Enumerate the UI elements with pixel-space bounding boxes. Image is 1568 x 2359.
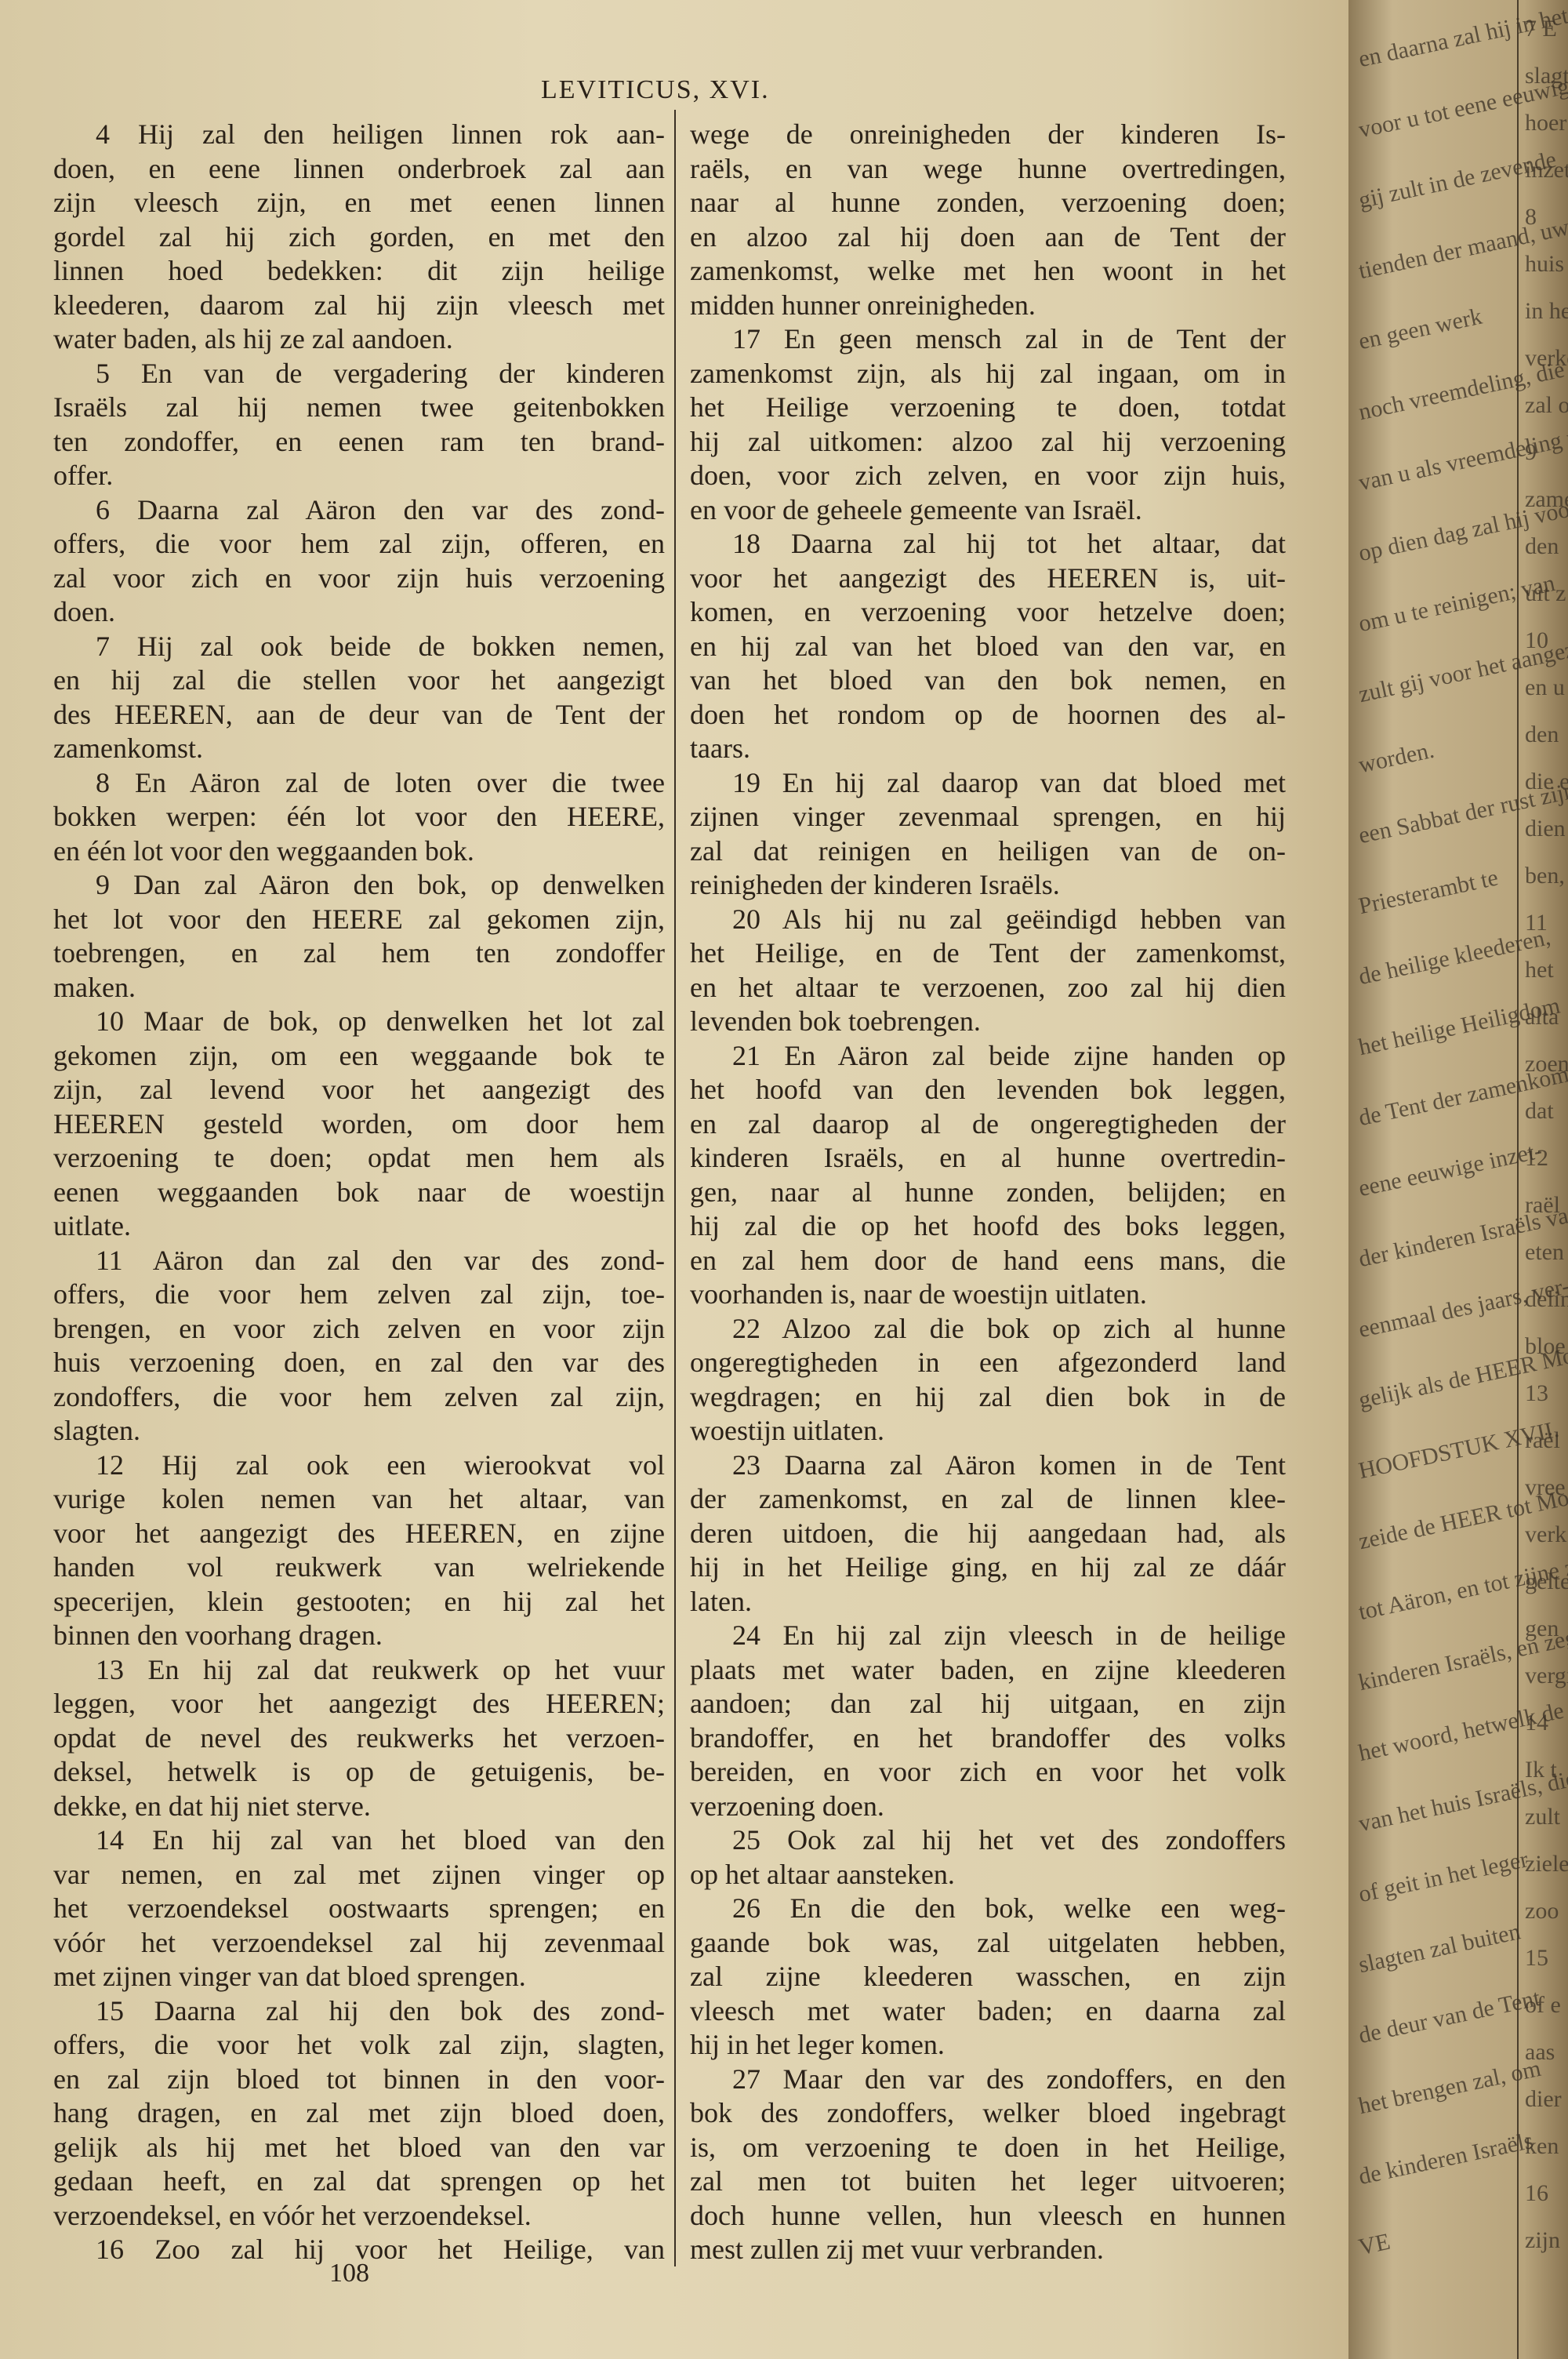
curled-next-page: en daarna zal hij in hetvoor u tot eene … bbox=[1348, 0, 1568, 2359]
text-line: offer. bbox=[53, 459, 665, 493]
text-line: het hoofd van den levenden bok leggen, bbox=[690, 1073, 1286, 1107]
text-line: het verzoendeksel oostwaarts sprengen; e… bbox=[53, 1892, 665, 1926]
next-page-column-fragment: dier bbox=[1525, 2086, 1562, 2113]
next-page-column-fragment: 11 bbox=[1525, 910, 1548, 936]
text-line: 22 Alzoo zal die bok op zich al hunne bbox=[690, 1312, 1286, 1347]
text-line: doch hunne vellen, hun vleesch en hunnen bbox=[690, 2199, 1286, 2234]
next-page-text-fragment: worden. bbox=[1356, 737, 1436, 780]
text-line: zondoffers, die voor hem zelven zal zijn… bbox=[53, 1380, 665, 1415]
next-page-column-fragment: dien bbox=[1525, 816, 1566, 842]
next-page-column-fragment: zal o bbox=[1525, 392, 1568, 419]
text-line: aandoen; dan zal hij uitgaan, en zijn bbox=[690, 1687, 1286, 1721]
running-header: LEVITICUS, XVI. bbox=[541, 75, 770, 105]
next-page-column-fragment: zoo bbox=[1525, 1898, 1559, 1925]
next-page-column-fragment: of e bbox=[1525, 1992, 1561, 2019]
next-page-text-fragment: de kinderen Israëls bbox=[1356, 2128, 1536, 2190]
next-page-text-fragment: Priesterambt te bbox=[1356, 864, 1501, 920]
next-page-column-fragment: het bbox=[1525, 957, 1554, 983]
next-page-column-fragment: 7 E bbox=[1525, 16, 1557, 42]
text-line: 14 En hij zal van het bloed van den bbox=[53, 1823, 665, 1858]
next-page-column-fragment: aas bbox=[1525, 2039, 1555, 2066]
text-line: en hij zal van het bloed van den var, en bbox=[690, 630, 1286, 664]
next-page-column-fragment: den bbox=[1525, 722, 1559, 748]
text-column-right: wege de onreinigheden der kinderen Is-ra… bbox=[690, 118, 1286, 2267]
text-line: wege de onreinigheden der kinderen Is- bbox=[690, 118, 1286, 152]
next-page-column-fragment: inzett bbox=[1525, 157, 1568, 184]
text-line: eenen weggaanden bok naar de woestijn bbox=[53, 1176, 665, 1210]
text-line: 23 Daarna zal Aäron komen in de Tent bbox=[690, 1448, 1286, 1483]
text-line: linnen hoed bedekken: dit zijn heilige bbox=[53, 254, 665, 289]
text-line: gelijk als hij met het bloed van den var bbox=[53, 2131, 665, 2165]
next-page-column-fragment: gelte bbox=[1525, 1568, 1568, 1595]
text-line: 24 En hij zal zijn vleesch in de heilige bbox=[690, 1619, 1286, 1653]
text-line: 6 Daarna zal Aäron den var des zond- bbox=[53, 493, 665, 528]
next-page-column-fragment: 8 bbox=[1525, 204, 1537, 231]
text-line: dekke, en dat hij niet sterve. bbox=[53, 1790, 665, 1824]
next-page-column-fragment: zijn bbox=[1525, 2227, 1560, 2254]
text-line: gedaan heeft, en zal dat sprengen op het bbox=[53, 2165, 665, 2199]
text-line: 5 En van de vergadering der kinderen bbox=[53, 357, 665, 391]
next-page-column-fragment: verk bbox=[1525, 1521, 1566, 1548]
text-line: 26 En die den bok, welke een weg- bbox=[690, 1892, 1286, 1926]
column-divider bbox=[674, 110, 676, 2266]
next-page-column-fragment: 15 bbox=[1525, 1945, 1548, 1972]
text-line: zamenkomst. bbox=[53, 732, 665, 766]
text-line: en één lot voor den weggaanden bok. bbox=[53, 834, 665, 869]
next-page-column-fragment: raël bbox=[1525, 1427, 1560, 1454]
text-line: verzoendeksel, en vóór het verzoendeksel… bbox=[53, 2199, 665, 2234]
next-page-column-fragment: slagto bbox=[1525, 63, 1568, 89]
text-line: leggen, voor het aangezigt des HEEREN; bbox=[53, 1687, 665, 1721]
text-line: 27 Maar den var des zondoffers, en den bbox=[690, 2063, 1286, 2097]
next-page-column-fragment: bloe bbox=[1525, 1333, 1566, 1360]
text-line: reinigheden der kinderen Israëls. bbox=[690, 868, 1286, 903]
text-line: 8 En Aäron zal de loten over die twee bbox=[53, 766, 665, 801]
text-line: zal men tot buiten het leger uitvoeren; bbox=[690, 2165, 1286, 2199]
next-page-text-fragment: VE bbox=[1356, 2229, 1392, 2262]
text-line: taars. bbox=[690, 732, 1286, 766]
text-line: der zamenkomst, en zal de linnen klee- bbox=[690, 1482, 1286, 1517]
next-page-column-fragment: vree bbox=[1525, 1474, 1566, 1501]
next-page-column-fragment: delin bbox=[1525, 1286, 1568, 1313]
text-line: 21 En Aäron zal beide zijne handen op bbox=[690, 1039, 1286, 1074]
next-page-text-fragment: de deur van de Tent bbox=[1356, 1985, 1543, 2049]
text-line: offers, die voor hem zelven zal zijn, to… bbox=[53, 1278, 665, 1312]
next-page-column-fragment: huis bbox=[1525, 251, 1564, 278]
text-line: 18 Daarna zal hij tot het altaar, dat bbox=[690, 527, 1286, 562]
text-line: offers, die voor het volk zal zijn, slag… bbox=[53, 2028, 665, 2063]
next-page-column-fragment: raël bbox=[1525, 1192, 1560, 1219]
next-page-column-fragment: 14 bbox=[1525, 1710, 1548, 1736]
next-page-column-fragment: eten bbox=[1525, 1239, 1564, 1266]
text-line: hij zal die op het hoofd des boks leggen… bbox=[690, 1209, 1286, 1244]
text-line: 25 Ook zal hij het vet des zondoffers bbox=[690, 1823, 1286, 1858]
next-page-column-fragment: zame bbox=[1525, 486, 1568, 513]
text-line: vóór het verzoendeksel zal hij zevenmaal bbox=[53, 1926, 665, 1961]
next-page-column-fragment: die e bbox=[1525, 769, 1568, 795]
text-line: bok des zondoffers, welker bloed ingebra… bbox=[690, 2096, 1286, 2131]
text-line: op het altaar aansteken. bbox=[690, 1858, 1286, 1892]
text-line: opdat de nevel des reukwerks het verzoen… bbox=[53, 1721, 665, 1756]
next-page-column-fragment: ben, bbox=[1525, 863, 1565, 889]
text-line: levenden bok toebrengen. bbox=[690, 1005, 1286, 1039]
text-line: naar al hunne zonden, verzoening doen; bbox=[690, 186, 1286, 220]
text-line: 17 En geen mensch zal in de Tent der bbox=[690, 322, 1286, 357]
next-page-text-fragment: en geen werk bbox=[1356, 304, 1484, 356]
text-line: zijnen vinger zevenmaal sprengen, en hij bbox=[690, 800, 1286, 834]
text-line: zal voor zich en voor zijn huis verzoeni… bbox=[53, 562, 665, 596]
text-line: zijn, zal levend voor het aangezigt des bbox=[53, 1073, 665, 1107]
text-line: 11 Aäron dan zal den var des zond- bbox=[53, 1244, 665, 1278]
text-line: en zal zijn bloed tot binnen in den voor… bbox=[53, 2063, 665, 2097]
text-line: en het altaar te verzoenen, zoo zal hij … bbox=[690, 971, 1286, 1005]
text-line: kinderen Israëls, en al hunne overtredin… bbox=[690, 1141, 1286, 1176]
text-line: 7 Hij zal ook beide de bokken nemen, bbox=[53, 630, 665, 664]
next-page-column-fragment: zult bbox=[1525, 1804, 1560, 1830]
text-line: deren uitdoen, die hij aangedaan had, al… bbox=[690, 1517, 1286, 1551]
text-line: en hij zal die stellen voor het aangezig… bbox=[53, 663, 665, 698]
text-line: en zal daarop al de ongeregtigheden der bbox=[690, 1107, 1286, 1142]
text-line: gaande bok was, zal uitgelaten hebben, bbox=[690, 1926, 1286, 1961]
book-page-left: LEVITICUS, XVI. 4 Hij zal den heiligen l… bbox=[0, 0, 1348, 2359]
text-line: huis verzoening doen, en zal den var des bbox=[53, 1346, 665, 1380]
next-page-column-fragment: 10 bbox=[1525, 627, 1548, 654]
text-line: 12 Hij zal ook een wierookvat vol bbox=[53, 1448, 665, 1483]
text-line: Israëls zal hij nemen twee geitenbokken bbox=[53, 391, 665, 425]
text-line: 20 Als hij nu zal geëindigd hebben van bbox=[690, 903, 1286, 937]
text-line: voor het aangezigt des HEEREN, en zijne bbox=[53, 1517, 665, 1551]
next-page-column-fragment: ziele bbox=[1525, 1851, 1568, 1877]
text-line: 15 Daarna zal hij den bok des zond- bbox=[53, 1994, 665, 2029]
text-line: het lot voor den HEERE zal gekomen zijn, bbox=[53, 903, 665, 937]
next-page-column-fragment: 13 bbox=[1525, 1380, 1548, 1407]
text-line: brandoffer, en het brandoffer des volks bbox=[690, 1721, 1286, 1756]
next-page-column-fragment: hoer bbox=[1525, 110, 1566, 136]
next-page-column-fragment: Ik t bbox=[1525, 1757, 1557, 1783]
text-line: wegdragen; en hij zal dien bok in de bbox=[690, 1380, 1286, 1415]
text-line: slagten. bbox=[53, 1414, 665, 1448]
text-line: mest zullen zij met vuur verbranden. bbox=[690, 2233, 1286, 2267]
text-line: doen, voor zich zelven, en voor zijn hui… bbox=[690, 459, 1286, 493]
text-line: hij in het Heilige ging, en hij zal ze d… bbox=[690, 1550, 1286, 1585]
text-line: hij in het leger komen. bbox=[690, 2028, 1286, 2063]
text-line: en alzoo zal hij doen aan de Tent der bbox=[690, 220, 1286, 255]
text-line: en voor de geheele gemeente van Israël. bbox=[690, 493, 1286, 528]
text-line: hang dragen, en zal met zijn bloed doen, bbox=[53, 2096, 665, 2131]
next-page-column-fragment: ken bbox=[1525, 2133, 1559, 2160]
text-line: hij zal uitkomen: alzoo zal hij verzoeni… bbox=[690, 425, 1286, 460]
text-line: gekomen zijn, om een weggaande bok te bbox=[53, 1039, 665, 1074]
text-line: woestijn uitlaten. bbox=[690, 1414, 1286, 1448]
next-page-column-fragment: alta bbox=[1525, 1004, 1559, 1030]
next-page-column-fragment: dat bbox=[1525, 1098, 1554, 1125]
text-line: 13 En hij zal dat reukwerk op het vuur bbox=[53, 1653, 665, 1688]
next-page-column-fragment: 9 bbox=[1525, 439, 1537, 466]
text-line: verzoening te doen; opdat men hem als bbox=[53, 1141, 665, 1176]
text-line: vurige kolen nemen van het altaar, van bbox=[53, 1482, 665, 1517]
text-line: komen, en verzoening voor hetzelve doen; bbox=[690, 595, 1286, 630]
text-line: zijn vleesch zijn, en met eenen linnen bbox=[53, 186, 665, 220]
text-line: voorhanden is, naar de woestijn uitlaten… bbox=[690, 1278, 1286, 1312]
text-column-left: 4 Hij zal den heiligen linnen rok aan-do… bbox=[53, 118, 665, 2267]
next-page-column-fragment: zoen bbox=[1525, 1051, 1568, 1078]
text-line: 19 En hij zal daarop van dat bloed met bbox=[690, 766, 1286, 801]
text-line: vleesch met water baden; en daarna zal bbox=[690, 1994, 1286, 2029]
next-page-column-fragment: uit z bbox=[1525, 580, 1566, 607]
text-line: van het bloed van den bok nemen, en bbox=[690, 663, 1286, 698]
text-line: plaats met water baden, en zijne kleeder… bbox=[690, 1653, 1286, 1688]
next-page-column-fragment: en u bbox=[1525, 674, 1565, 701]
next-page-text-fragment: slagten zal buiten bbox=[1356, 1918, 1523, 1979]
next-page-text-fragment: of geit in het leger bbox=[1356, 1846, 1530, 1908]
text-line: gen, naar al hunne zonden, belijden; en bbox=[690, 1176, 1286, 1210]
text-line: zamenkomst, welke met hen woont in het bbox=[690, 254, 1286, 289]
text-line: bereiden, en voor zich en voor het volk bbox=[690, 1755, 1286, 1790]
text-line: doen, en eene linnen onderbroek zal aan bbox=[53, 152, 665, 187]
next-page-column-fragment: 12 bbox=[1525, 1145, 1548, 1172]
text-line: zal dat reinigen en heiligen van de on- bbox=[690, 834, 1286, 869]
text-line: ongeregtigheden in een afgezonderd land bbox=[690, 1346, 1286, 1380]
text-line: en zal hem door de hand eens mans, die bbox=[690, 1244, 1286, 1278]
text-line: voor het aangezigt des HEEREN is, uit- bbox=[690, 562, 1286, 596]
text-line: is, om verzoening te doen in het Heilige… bbox=[690, 2131, 1286, 2165]
next-page-column-fragment: in he bbox=[1525, 298, 1568, 325]
text-line: laten. bbox=[690, 1585, 1286, 1619]
text-line: handen vol reukwerk van welriekende bbox=[53, 1550, 665, 1585]
text-line: het Heilige, en de Tent der zamenkomst, bbox=[690, 936, 1286, 971]
text-line: deksel, hetwelk is op de getuigenis, be- bbox=[53, 1755, 665, 1790]
text-line: brengen, en voor zich zelven en voor zij… bbox=[53, 1312, 665, 1347]
text-line: binnen den voorhang dragen. bbox=[53, 1619, 665, 1653]
text-line: toebrengen, en zal hem ten zondoffer bbox=[53, 936, 665, 971]
text-line: 9 Dan zal Aäron den bok, op denwelken bbox=[53, 868, 665, 903]
text-line: doen. bbox=[53, 595, 665, 630]
text-line: doen het rondom op de hoornen des al- bbox=[690, 698, 1286, 732]
text-line: ten zondoffer, en eenen ram ten brand- bbox=[53, 425, 665, 460]
next-page-column-fragment: vergi bbox=[1525, 1663, 1568, 1689]
next-page-text-fragment: de heilige kleederen, bbox=[1356, 924, 1553, 990]
text-line: specerijen, klein gestooten; en hij zal … bbox=[53, 1585, 665, 1619]
text-line: gordel zal hij zich gorden, en met den bbox=[53, 220, 665, 255]
text-line: verzoening doen. bbox=[690, 1790, 1286, 1824]
next-page-column-fragment: verke bbox=[1525, 345, 1568, 372]
text-line: 10 Maar de bok, op denwelken het lot zal bbox=[53, 1005, 665, 1039]
text-line: uitlate. bbox=[53, 1209, 665, 1244]
text-line: bokken werpen: één lot voor den HEERE, bbox=[53, 800, 665, 834]
next-page-text-fragment: het brengen zal, om bbox=[1356, 2055, 1543, 2120]
page-number: 108 bbox=[329, 2259, 369, 2288]
next-page-column-fragment: den bbox=[1525, 533, 1559, 560]
text-line: met zijnen vinger van dat bloed sprengen… bbox=[53, 1960, 665, 1994]
text-line: maken. bbox=[53, 971, 665, 1005]
text-line: zamenkomst zijn, als hij zal ingaan, om … bbox=[690, 357, 1286, 391]
text-line: 4 Hij zal den heiligen linnen rok aan- bbox=[53, 118, 665, 152]
text-line: des HEEREN, aan de deur van de Tent der bbox=[53, 698, 665, 732]
text-line: water baden, als hij ze zal aandoen. bbox=[53, 322, 665, 357]
text-line: zal zijne kleederen wasschen, en zijn bbox=[690, 1960, 1286, 1994]
text-line: HEEREN gesteld worden, om door hem bbox=[53, 1107, 665, 1142]
text-line: raëls, en van wege hunne overtredingen, bbox=[690, 152, 1286, 187]
text-line: het Heilige verzoening te doen, totdat bbox=[690, 391, 1286, 425]
text-line: offers, die voor hem zal zijn, offeren, … bbox=[53, 527, 665, 562]
text-line: kleederen, daarom zal hij zijn vleesch m… bbox=[53, 289, 665, 323]
next-page-column-fragment: gen bbox=[1525, 1616, 1559, 1642]
next-page-column-fragment: 16 bbox=[1525, 2180, 1548, 2207]
text-line: midden hunner onreinigheden. bbox=[690, 289, 1286, 323]
text-line: var nemen, en zal met zijnen vinger op bbox=[53, 1858, 665, 1892]
